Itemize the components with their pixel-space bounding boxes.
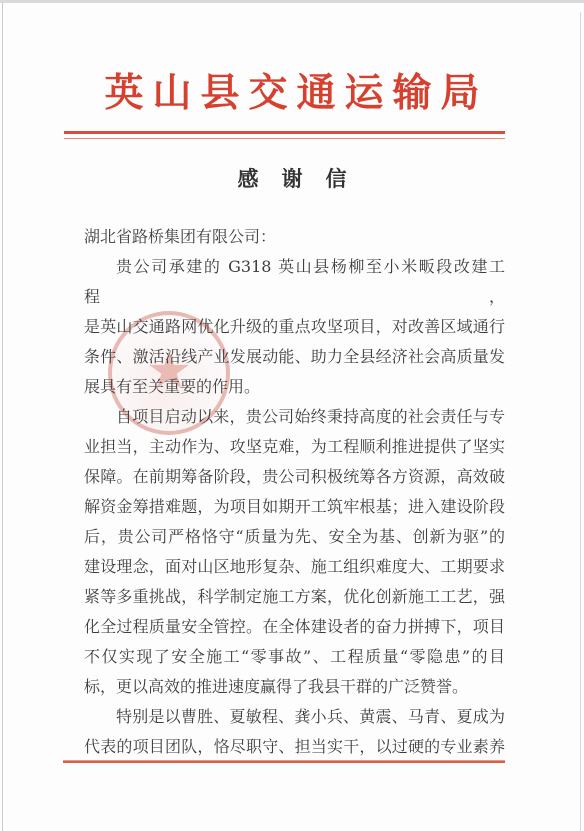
paragraph: 贵公司承建的 G318 英山县杨柳至小米畈段改建工程，是英山交通路网优化升级的重… <box>84 252 505 402</box>
body-line: 是英山交通路网优化升级的重点攻坚项目，对改善区域通行 <box>84 312 505 342</box>
letterhead-org-title: 英山县交通运输局 <box>0 74 584 113</box>
body-line: 湖北省路桥集团有限公司： <box>84 222 505 252</box>
body-line: 特别是以曹胜、夏敏程、龚小兵、黄震、马青、夏成为 <box>84 702 505 732</box>
scan-edge-top <box>0 0 584 3</box>
paragraph: 自项目启动以来，贵公司始终秉持高度的社会责任与专业担当，主动作为、攻坚克难，为工… <box>84 402 505 702</box>
body-line: 标，更以高效的推进速度赢得了我县干群的广泛赞誉。 <box>84 672 505 702</box>
body-line: 自项目启动以来，贵公司始终秉持高度的社会责任与专 <box>84 402 505 432</box>
paragraph: 特别是以曹胜、夏敏程、龚小兵、黄震、马青、夏成为代表的项目团队，恪尽职守、担当实… <box>84 702 505 762</box>
body-line: 条件、激活沿线产业发展动能、助力全县经济社会高质量发 <box>84 342 505 372</box>
body-line: 展具有至关重要的作用。 <box>84 372 505 402</box>
body-line: 贵公司承建的 G318 英山县杨柳至小米畈段改建工程， <box>84 252 505 312</box>
scan-edge-right <box>580 12 581 831</box>
body-line: 不仅实现了安全施工“零事故”、工程质量“零隐患”的目 <box>84 642 505 672</box>
body-line: 保障。在前期筹备阶段，贵公司积极统筹各方资源，高效破 <box>84 462 505 492</box>
letter-title: 感谢信 <box>0 163 584 193</box>
body-line: 业担当，主动作为、攻坚克难，为工程顺利推进提供了坚实 <box>84 432 505 462</box>
body-line: 后，贵公司严格恪守“质量为先、安全为基、创新为驱”的 <box>84 522 505 552</box>
body-line: 紧等多重挑战，科学制定施工方案，优化创新施工工艺，强 <box>84 582 505 612</box>
scan-edge-left <box>2 2 3 831</box>
body-line: 化全过程质量安全管控。在全体建设者的奋力拼搏下，项目 <box>84 612 505 642</box>
body-line: 解资金筹措难题，为项目如期开工筑牢根基；进入建设阶段 <box>84 492 505 522</box>
body-line: 代表的项目团队，恪尽职守、担当实干，以过硬的专业素养 <box>84 732 505 762</box>
scanned-letter-page: 英山县交通运输局 感谢信 ★ 湖北省路桥集团有限公司：贵公司承建的 G318 英… <box>0 0 584 831</box>
letter-body: 湖北省路桥集团有限公司：贵公司承建的 G318 英山县杨柳至小米畈段改建工程，是… <box>84 222 505 762</box>
body-line: 建设理念，面对山区地形复杂、施工组织难度大、工期要求 <box>84 552 505 582</box>
letterhead-divider <box>64 131 505 139</box>
paragraph: 湖北省路桥集团有限公司： <box>84 222 505 252</box>
